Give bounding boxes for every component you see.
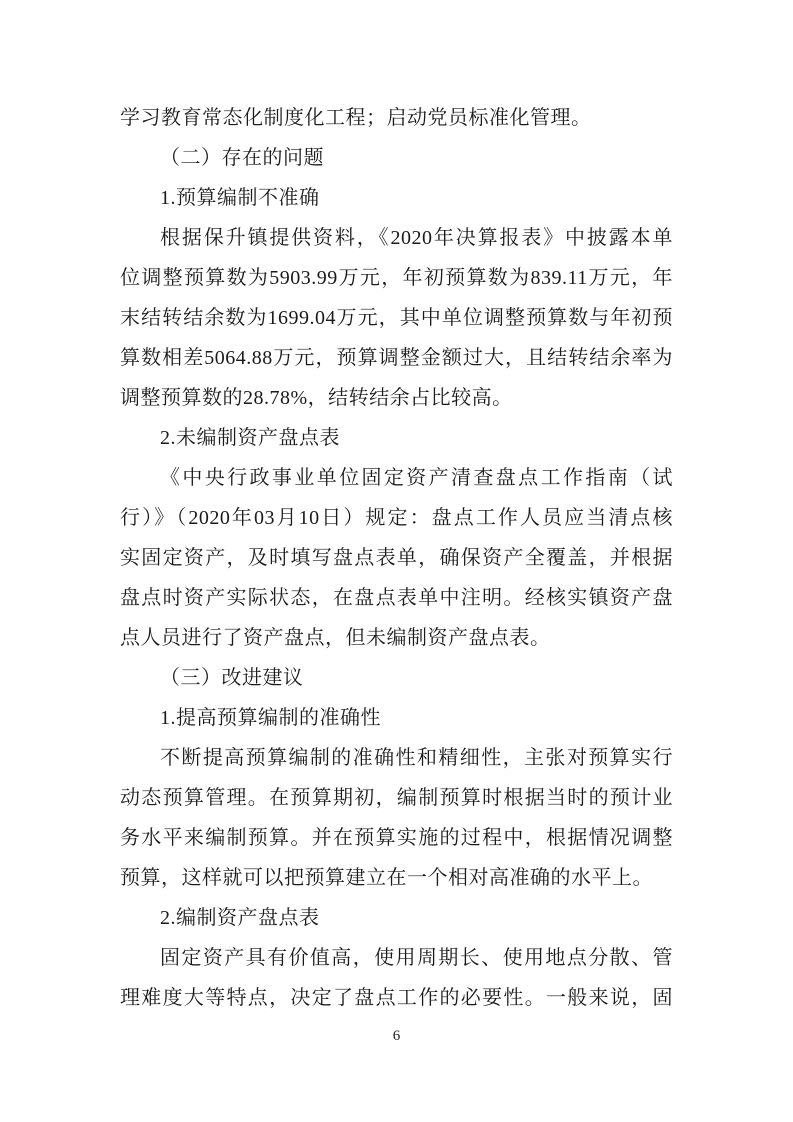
text-line: （三）改进建议 [120,658,673,698]
document-body: 学习教育常态化制度化工程；启动党员标准化管理。（二）存在的问题1.预算编制不准确… [120,98,673,1018]
text-line: （二）存在的问题 [120,138,673,178]
text-line: 点人员进行了资产盘点，但未编制资产盘点表。 [120,618,673,658]
text-line: 2.未编制资产盘点表 [120,418,673,458]
text-line: 《中央行政事业单位固定资产清查盘点工作指南（试 [120,458,673,498]
text-line: 动态预算管理。在预算期初，编制预算时根据当时的预计业 [120,778,673,818]
text-line: 2.编制资产盘点表 [120,898,673,938]
text-line: 1.提高预算编制的准确性 [120,698,673,738]
text-line: 1.预算编制不准确 [120,178,673,218]
text-line: 调整预算数的28.78%，结转结余占比较高。 [120,378,673,418]
text-line: 算数相差5064.88万元，预算调整金额过大，且结转结余率为 [120,338,673,378]
text-line: 实固定资产，及时填写盘点表单，确保资产全覆盖，并根据 [120,538,673,578]
text-line: 务水平来编制预算。并在预算实施的过程中，根据情况调整 [120,818,673,858]
text-line: 行）》（2020年03月10日）规定：盘点工作人员应当清点核 [120,498,673,538]
text-line: 学习教育常态化制度化工程；启动党员标准化管理。 [120,98,673,138]
text-line: 不断提高预算编制的准确性和精细性，主张对预算实行 [120,738,673,778]
text-line: 根据保升镇提供资料，《2020年决算报表》中披露本单 [120,218,673,258]
text-line: 理难度大等特点，决定了盘点工作的必要性。一般来说，固 [120,978,673,1018]
page-number: 6 [0,1026,793,1046]
text-line: 末结转结余数为1699.04万元，其中单位调整预算数与年初预 [120,298,673,338]
text-line: 位调整预算数为5903.99万元，年初预算数为839.11万元，年 [120,258,673,298]
text-line: 预算，这样就可以把预算建立在一个相对高准确的水平上。 [120,858,673,898]
text-line: 固定资产具有价值高，使用周期长、使用地点分散、管 [120,938,673,978]
document-page: 学习教育常态化制度化工程；启动党员标准化管理。（二）存在的问题1.预算编制不准确… [0,0,793,1122]
text-line: 盘点时资产实际状态，在盘点表单中注明。经核实镇资产盘 [120,578,673,618]
